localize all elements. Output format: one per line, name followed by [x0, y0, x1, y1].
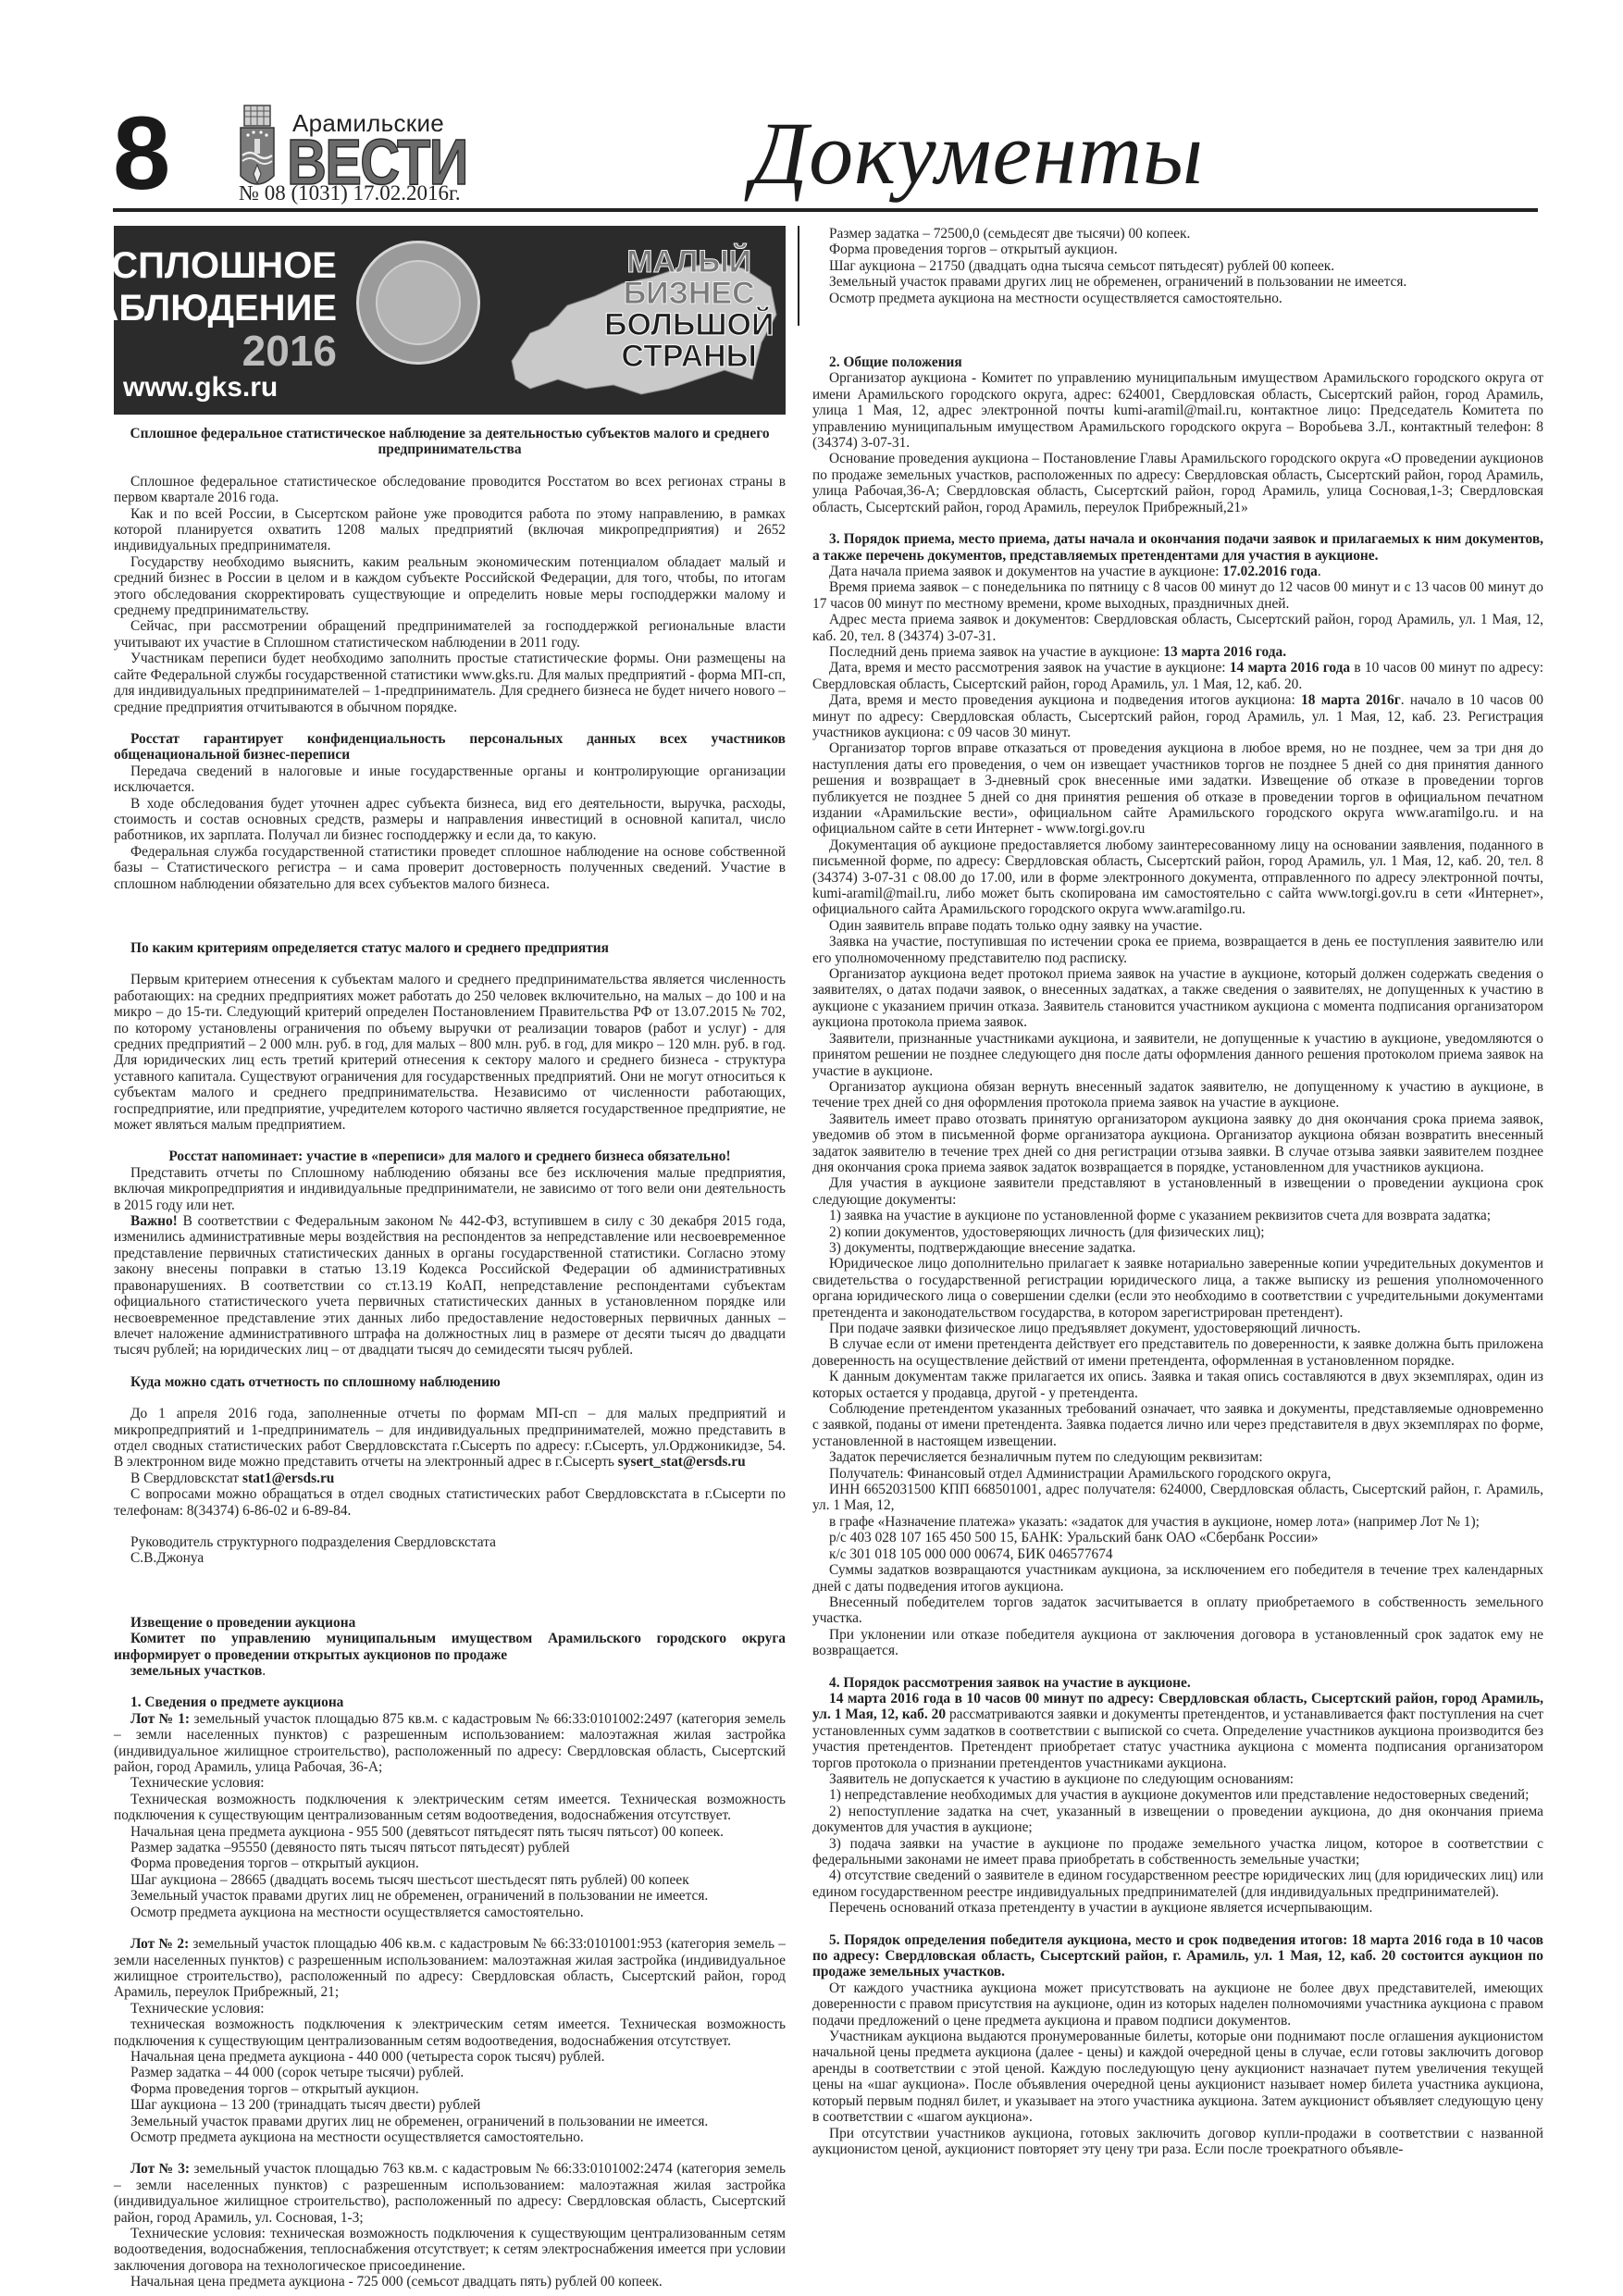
- section-heading: По каким критериям определяется статус м…: [114, 940, 786, 956]
- paragraph: Начальная цена предмета аукциона - 725 0…: [114, 2274, 786, 2290]
- paragraph: Осмотр предмета аукциона на местности ос…: [114, 1905, 786, 1920]
- banner-line-2: НАБЛЮДЕНИЕ: [114, 287, 337, 329]
- slogan-word: СТРАНЫ: [604, 341, 774, 372]
- lot-label: Лот № 3:: [130, 2161, 190, 2177]
- list-item: 1) непредставление необходимых для участ…: [812, 1787, 1543, 1803]
- paragraph: Соблюдение претендентом указанных требов…: [812, 1401, 1543, 1449]
- paragraph: ИНН 6652031500 КПП 668501001, адрес полу…: [812, 1482, 1543, 1514]
- paragraph: Адрес места приема заявок и документов: …: [812, 612, 1543, 644]
- paragraph: Документация об аукционе предоставляется…: [812, 838, 1543, 918]
- header-rule-right: [770, 208, 1538, 212]
- paragraph: Задаток перечисляется безналичным путем …: [812, 1449, 1543, 1465]
- paragraph: Как и по всей России, в Сысертском район…: [114, 506, 786, 554]
- right-column: Размер задатка – 72500,0 (семьдесят две …: [812, 226, 1543, 2157]
- list-item: 3) документы, подтверждающие внесение за…: [812, 1240, 1543, 1256]
- notice-heading: Извещение о проведении аукциона: [114, 1615, 786, 1631]
- section-title: Документы: [751, 109, 1204, 198]
- paragraph: Заявители, признанные участниками аукцио…: [812, 1031, 1543, 1079]
- lot-1: Лот № 1: земельный участок площадью 875 …: [114, 1711, 786, 1776]
- banner-url: www.gks.ru: [123, 372, 278, 403]
- paragraph: Форма проведения торгов – открытый аукци…: [812, 242, 1543, 257]
- paragraph: При уклонении или отказе победителя аукц…: [812, 1627, 1543, 1659]
- paragraph: До 1 апреля 2016 года, заполненные отчет…: [114, 1406, 786, 1471]
- paragraph: Суммы задатков возвращаются участникам а…: [812, 1562, 1543, 1595]
- paragraph: Перечень оснований отказа претенденту в …: [812, 1900, 1543, 1916]
- slogan-word: БОЛЬШОЙ: [604, 309, 774, 341]
- paragraph: Один заявитель вправе подать только одну…: [812, 918, 1543, 934]
- paragraph: Технические условия:: [114, 2001, 786, 2017]
- signer-title: Руководитель структурного подразделения …: [114, 1534, 786, 1550]
- census-banner: СПЛОШНОЕ НАБЛЮДЕНИЕ 2016 МАЛЫЙ БИЗНЕС БО…: [114, 226, 786, 415]
- paragraph: Земельный участок правами других лиц не …: [812, 274, 1543, 290]
- text: земельный участок площадью 875 кв.м. с к…: [114, 1711, 786, 1775]
- date: 18 марта 2016г: [1301, 692, 1401, 708]
- paragraph: Заявитель не допускается к участию в аук…: [812, 1771, 1543, 1787]
- slogan-word: БИЗНЕС: [604, 278, 774, 309]
- paragraph: Организатор аукциона - Комитет по управл…: [812, 370, 1543, 451]
- paragraph: Участникам аукциона выдаются пронумерова…: [812, 2029, 1543, 2125]
- paragraph: Внесенный победителем торгов задаток зас…: [812, 1595, 1543, 1627]
- paragraph: Участникам переписи будет необходимо зап…: [114, 651, 786, 715]
- newspaper-logo: Арамильские ВЕСТИ: [239, 104, 461, 192]
- paragraph: Земельный участок правами других лиц не …: [114, 2114, 786, 2129]
- lot-3: Лот № 3: земельный участок площадью 763 …: [114, 2161, 786, 2226]
- paragraph: Осмотр предмета аукциона на местности ос…: [114, 2129, 786, 2145]
- text: Дата, время и место проведения аукциона …: [829, 692, 1301, 708]
- section-heading: 4. Порядок рассмотрения заявок на участи…: [812, 1675, 1543, 1691]
- text: земельный участок площадью 406 кв.м. с к…: [114, 1936, 786, 2000]
- paragraph: 14 марта 2016 года в 10 часов 00 минут п…: [812, 1691, 1543, 1771]
- bank-corr-account: к/с 301 018 105 000 000 00674, БИК 04657…: [812, 1546, 1543, 1562]
- paragraph: Последний день приема заявок на участие …: [812, 644, 1543, 660]
- paragraph: Шаг аукциона – 13 200 (тринадцать тысяч …: [114, 2097, 786, 2113]
- paragraph: Начальная цена предмета аукциона - 440 0…: [114, 2049, 786, 2065]
- paragraph: Заявка на участие, поступившая по истече…: [812, 934, 1543, 966]
- header-rule: [113, 208, 779, 212]
- signer-name: С.В.Джонуа: [114, 1550, 786, 1566]
- text: земельных участков: [130, 1663, 262, 1679]
- text: Дата, время и место рассмотрения заявок …: [829, 660, 1230, 676]
- paragraph: Важно! В соответствии с Федеральным зако…: [114, 1213, 786, 1359]
- paragraph: Шаг аукциона – 28665 (двадцать восемь ты…: [114, 1872, 786, 1888]
- paragraph: Дата начала приема заявок и документов н…: [812, 564, 1543, 579]
- paragraph: Для участия в аукционе заявители предста…: [812, 1175, 1543, 1208]
- paragraph: Юридическое лицо дополнительно прилагает…: [812, 1256, 1543, 1321]
- paragraph: Заявитель имеет право отозвать принятую …: [812, 1111, 1543, 1176]
- text: Последний день приема заявок на участие …: [829, 644, 1163, 660]
- notice-subheading-2: земельных участков.: [114, 1663, 786, 1679]
- list-item: 4) отсутствие сведений о заявителе в еди…: [812, 1868, 1543, 1900]
- paragraph: Сплошное федеральное статистическое обсл…: [114, 474, 786, 506]
- list-item: 1) заявка на участие в аукционе по устан…: [812, 1208, 1543, 1223]
- banner-headline: СПЛОШНОЕ НАБЛЮДЕНИЕ 2016: [114, 244, 337, 372]
- slogan-word: МАЛЫЙ: [604, 246, 774, 278]
- paragraph: К данным документам также прилагается их…: [812, 1369, 1543, 1401]
- important-label: Важно!: [130, 1213, 178, 1229]
- paragraph: Форма проведения торгов – открытый аукци…: [114, 1855, 786, 1871]
- lot-2: Лот № 2: земельный участок площадью 406 …: [114, 1936, 786, 2001]
- paragraph: Размер задатка – 44 000 (сорок четыре ты…: [114, 2065, 786, 2080]
- masthead: 8 Арамильские ВЕСТИ № 08 (1031) 17.02.20…: [0, 0, 1623, 211]
- date: 17.02.2016 года: [1222, 564, 1317, 579]
- paragraph: При подаче заявки физическое лицо предъя…: [812, 1321, 1543, 1336]
- page-number: 8: [113, 102, 170, 205]
- paragraph: В Свердловскстат stat1@ersds.ru: [114, 1471, 786, 1486]
- important-text: В соответствии с Федеральным законом № 4…: [114, 1213, 786, 1358]
- text: В Свердловскстат: [130, 1471, 242, 1486]
- paragraph: Организатор аукциона ведет протокол прие…: [812, 966, 1543, 1031]
- section-heading: Росстат напоминает: участие в «переписи»…: [114, 1148, 786, 1164]
- paragraph: Технические условия: техническая возможн…: [114, 2226, 786, 2274]
- lot-label: Лот № 2:: [130, 1936, 189, 1952]
- paragraph: Организатор аукциона обязан вернуть внес…: [812, 1079, 1543, 1111]
- left-column: Сплошное федеральное статистическое набл…: [114, 426, 786, 2290]
- paragraph: Дата, время и место проведения аукциона …: [812, 692, 1543, 740]
- list-item: 2) копии документов, удостоверяющих личн…: [812, 1224, 1543, 1240]
- banner-slogan: МАЛЫЙ БИЗНЕС БОЛЬШОЙ СТРАНЫ: [604, 246, 774, 372]
- paragraph: Шаг аукциона – 21750 (двадцать одна тыся…: [812, 258, 1543, 274]
- paragraph: Первым критерием отнесения к субъектам м…: [114, 972, 786, 1133]
- coat-of-arms-icon: [239, 104, 276, 192]
- paragraph: Организатор торгов вправе отказаться от …: [812, 740, 1543, 837]
- article-title: Сплошное федеральное статистическое набл…: [114, 426, 786, 458]
- paragraph: Техническая возможность подключения к эл…: [114, 1792, 786, 1824]
- list-item: 2) непоступление задатка на счет, указан…: [812, 1804, 1543, 1836]
- paragraph: Форма проведения торгов – открытый аукци…: [114, 2081, 786, 2097]
- paragraph: Размер задатка –95550 (девяносто пять ты…: [114, 1840, 786, 1855]
- paragraph: С вопросами можно обращаться в отдел сво…: [114, 1486, 786, 1519]
- paragraph: Представить отчеты по Сплошному наблюден…: [114, 1165, 786, 1213]
- rosstat-emblem-icon: [356, 241, 480, 365]
- section-heading: Куда можно сдать отчетность по сплошному…: [114, 1374, 786, 1390]
- paragraph: Время приема заявок – с понедельника по …: [812, 579, 1543, 612]
- paragraph: Осмотр предмета аукциона на местности ос…: [812, 291, 1543, 306]
- paragraph: Начальная цена предмета аукциона - 955 5…: [114, 1824, 786, 1840]
- column-divider: [798, 226, 799, 326]
- paragraph: Передача сведений в налоговые и иные гос…: [114, 763, 786, 796]
- text: земельный участок площадью 763 кв.м. с к…: [114, 2161, 786, 2225]
- issue-number-date: № 08 (1031) 17.02.2016г.: [239, 181, 461, 205]
- paragraph: В случае если от имени претендента дейст…: [812, 1336, 1543, 1369]
- date: 13 марта 2016 года.: [1163, 644, 1286, 660]
- banner-line-1: СПЛОШНОЕ: [114, 244, 337, 287]
- paragraph: Сейчас, при рассмотрении обращений предп…: [114, 618, 786, 651]
- paragraph: Получатель: Финансовый отдел Администрац…: [812, 1466, 1543, 1482]
- paragraph: Государству необходимо выяснить, каким р…: [114, 554, 786, 619]
- date: 14 марта 2016 года: [1230, 660, 1350, 676]
- paragraph: техническая возможность подключения к эл…: [114, 2017, 786, 2049]
- email-link[interactable]: stat1@ersds.ru: [242, 1471, 334, 1486]
- section-heading: 3. Порядок приема, место приема, даты на…: [812, 531, 1543, 564]
- paragraph: Размер задатка – 72500,0 (семьдесят две …: [812, 226, 1543, 242]
- section-heading: 5. Порядок определения победителя аукцио…: [812, 1932, 1543, 1980]
- section-heading: 1. Сведения о предмете аукциона: [114, 1694, 786, 1710]
- paragraph: Технические условия:: [114, 1775, 786, 1791]
- paragraph: Земельный участок правами других лиц не …: [114, 1888, 786, 1904]
- section-heading: Росстат гарантирует конфиденциальность п…: [114, 731, 786, 763]
- email-link[interactable]: sysert_stat@ersds.ru: [618, 1454, 746, 1470]
- paragraph: В ходе обследования будет уточнен адрес …: [114, 796, 786, 844]
- paragraph: в графе «Назначение платежа» указать: «з…: [812, 1514, 1543, 1530]
- notice-subheading: Комитет по управлению муниципальным имущ…: [114, 1631, 786, 1663]
- paragraph: Основание проведения аукциона – Постанов…: [812, 451, 1543, 515]
- lot-label: Лот № 1:: [130, 1711, 190, 1727]
- paragraph: Дата, время и место рассмотрения заявок …: [812, 660, 1543, 692]
- bank-account: р/с 403 028 107 165 450 500 15, БАНК: Ур…: [812, 1530, 1543, 1545]
- paragraph: При отсутствии участников аукциона, гото…: [812, 2126, 1543, 2158]
- text: Дата начала приема заявок и документов н…: [829, 564, 1222, 579]
- banner-year: 2016: [114, 329, 337, 372]
- paragraph: Федеральная служба государственной стати…: [114, 844, 786, 892]
- section-heading: 2. Общие положения: [812, 354, 1543, 370]
- paragraph: От каждого участника аукциона может прис…: [812, 1980, 1543, 2029]
- list-item: 3) подача заявки на участие в аукционе п…: [812, 1836, 1543, 1868]
